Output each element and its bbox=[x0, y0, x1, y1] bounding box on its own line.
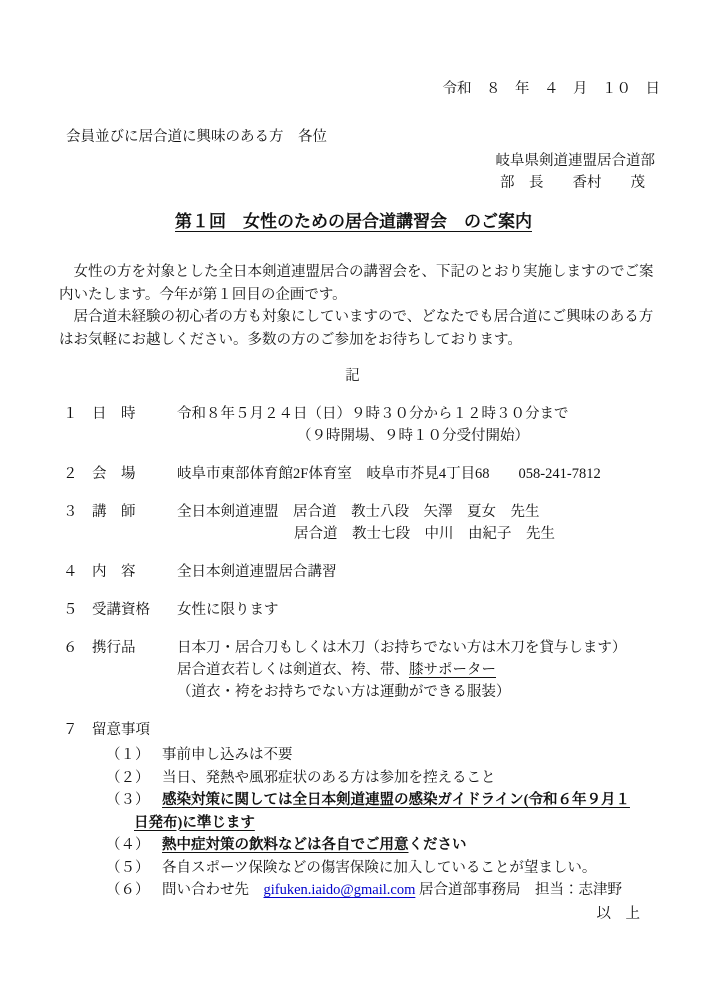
item-label: 内 容 bbox=[92, 561, 177, 583]
venue-line: 岐阜市東部体育館2F体育室 岐阜市芥見4丁目68 058-241-7812 bbox=[177, 463, 707, 485]
notes-list: （１） 事前申し込みは不要 （２） 当日、発熱や風邪症状のある方は参加を控えるこ… bbox=[63, 744, 707, 902]
item-number: ７ bbox=[63, 719, 92, 741]
contact-email-link[interactable]: gifuken.iaido@gmail.com bbox=[264, 882, 416, 898]
note-text: 熱中症対策の飲料などは各自でご用意ください bbox=[162, 834, 707, 857]
heatstroke-underlined: 熱中症対策の飲料などは各自でご用意 bbox=[162, 837, 409, 853]
note-marker: （１） bbox=[106, 744, 154, 767]
note-marker: （３） bbox=[106, 789, 154, 812]
note-marker: （４） bbox=[106, 834, 154, 857]
sender-block: 岐阜県剣道連盟居合道部 部 長 香村 茂 bbox=[0, 150, 707, 194]
intro-line: 内いたします。今年が第１回目の企画です。 bbox=[59, 284, 707, 307]
date-line: 令和 ８ 年 ４ 月 １０ 日 bbox=[0, 78, 707, 100]
item-label: 携行品 bbox=[92, 637, 177, 659]
item-content: 令和８年５月２４日（日）９時３０分から１２時３０分まで （９時開場、９時１０分受… bbox=[177, 403, 707, 447]
note-text: 感染対策に関しては全日本剣道連盟の感染ガイドライン(令和６年９月１ 日発布)に準… bbox=[162, 789, 707, 834]
item-label: 会 場 bbox=[92, 463, 177, 485]
ki-marker: 記 bbox=[0, 365, 707, 387]
instructor-line1: 全日本剣道連盟 居合道 教士八段 矢澤 夏女 先生 bbox=[177, 501, 707, 523]
note-marker: （６） bbox=[106, 879, 154, 902]
item-number: １ bbox=[63, 403, 92, 425]
item-venue: ２ 会 場 岐阜市東部体育館2F体育室 岐阜市芥見4丁目68 058-241-7… bbox=[0, 463, 707, 485]
intro-line: はお気軽にお越しください。多数の方のご参加をお待ちしております。 bbox=[59, 329, 707, 352]
page-title-text: 第１回 女性のための居合道講習会 のご案内 bbox=[175, 212, 532, 231]
intro-paragraphs: 女性の方を対象とした全日本剣道連盟居合の講習会を、下記のとおり実施しますのでご案… bbox=[0, 261, 707, 351]
belongings-line2: 居合道衣若しくは剣道衣、袴、帯、膝サポーター bbox=[177, 659, 707, 681]
item-eligibility: ５ 受講資格 女性に限ります bbox=[0, 599, 707, 621]
belongings-line1: 日本刀・居合刀もしくは木刀（お持ちでない方は木刀を貸与します） bbox=[177, 637, 707, 659]
note-row-contact: （６） 問い合わせ先 gifuken.iaido@gmail.com 居合道部事… bbox=[106, 879, 707, 902]
guideline-line2: 日発布)に準じます bbox=[134, 812, 707, 835]
belongings-knee-supporter: 膝サポーター bbox=[409, 662, 496, 678]
note-marker: （２） bbox=[106, 767, 154, 790]
item-number: ２ bbox=[63, 463, 92, 485]
guideline-line1: 感染対策に関しては全日本剣道連盟の感染ガイドライン(令和６年９月１ bbox=[162, 789, 707, 812]
note-row-infection-guideline: （３） 感染対策に関しては全日本剣道連盟の感染ガイドライン(令和６年９月１ 日発… bbox=[106, 789, 707, 834]
item-label: 講 師 bbox=[92, 501, 177, 523]
item-contents: ４ 内 容 全日本剣道連盟居合講習 bbox=[0, 561, 707, 583]
intro-line: 女性の方を対象とした全日本剣道連盟居合の講習会を、下記のとおり実施しますのでご案 bbox=[59, 261, 707, 284]
datetime-line2: （９時開場、９時１０分受付開始） bbox=[297, 425, 707, 447]
note-row: （５） 各自スポーツ保険などの傷害保険に加入していることが望ましい。 bbox=[106, 857, 707, 880]
item-label: 受講資格 bbox=[92, 599, 177, 621]
item-number: ３ bbox=[63, 501, 92, 523]
addressee-line: 会員並びに居合道に興味のある方 各位 bbox=[0, 126, 707, 148]
note-marker: （５） bbox=[106, 857, 154, 880]
item-number: ４ bbox=[63, 561, 92, 583]
belongings-line3: （道衣・袴をお持ちでない方は運動ができる服装） bbox=[177, 681, 707, 703]
contents-line: 全日本剣道連盟居合講習 bbox=[177, 561, 707, 583]
intro-line: 居合道未経験の初心者の方も対象にしていますので、どなたでも居合道にご興味のある方 bbox=[59, 306, 707, 329]
note-text: 各自スポーツ保険などの傷害保険に加入していることが望ましい。 bbox=[162, 857, 707, 880]
note-row-heatstroke: （４） 熱中症対策の飲料などは各自でご用意ください bbox=[106, 834, 707, 857]
instructor-line2: 居合道 教士七段 中川 由紀子 先生 bbox=[294, 523, 707, 545]
note-row: （２） 当日、発熱や風邪症状のある方は参加を控えること bbox=[106, 767, 707, 790]
item-number: ５ bbox=[63, 599, 92, 621]
note-text: 事前申し込みは不要 bbox=[162, 744, 707, 767]
item-datetime: １ 日 時 令和８年５月２４日（日）９時３０分から１２時３０分まで （９時開場、… bbox=[0, 403, 707, 447]
item-instructors: ３ 講 師 全日本剣道連盟 居合道 教士八段 矢澤 夏女 先生 居合道 教士七段… bbox=[0, 501, 707, 545]
item-number: ６ bbox=[63, 637, 92, 659]
item-label: 日 時 bbox=[92, 403, 177, 425]
sender-org: 岐阜県剣道連盟居合道部 bbox=[0, 150, 655, 172]
note-row: （１） 事前申し込みは不要 bbox=[106, 744, 707, 767]
document-page: 令和 ８ 年 ４ 月 １０ 日 会員並びに居合道に興味のある方 各位 岐阜県剣道… bbox=[0, 0, 707, 1000]
belongings-line2-pre: 居合道衣若しくは剣道衣、袴、帯、 bbox=[177, 662, 409, 678]
closing-line: 以 上 bbox=[0, 903, 707, 925]
note-text: 当日、発熱や風邪症状のある方は参加を控えること bbox=[162, 767, 707, 790]
datetime-line1: 令和８年５月２４日（日）９時３０分から１２時３０分まで bbox=[177, 403, 707, 425]
item-content: 全日本剣道連盟 居合道 教士八段 矢澤 夏女 先生 居合道 教士七段 中川 由紀… bbox=[177, 501, 707, 545]
sender-chief: 部 長 香村 茂 bbox=[0, 172, 655, 194]
eligibility-line: 女性に限ります bbox=[177, 599, 707, 621]
page-title: 第１回 女性のための居合道講習会 のご案内 bbox=[0, 208, 707, 236]
item-notes: ７ 留意事項 （１） 事前申し込みは不要 （２） 当日、発熱や風邪症状のある方は… bbox=[0, 719, 707, 902]
notes-heading: ７ 留意事項 bbox=[63, 719, 707, 741]
contact-post: 居合道部事務局 担当：志津野 bbox=[415, 882, 622, 898]
item-belongings: ６ 携行品 日本刀・居合刀もしくは木刀（お持ちでない方は木刀を貸与します） 居合… bbox=[0, 637, 707, 703]
item-content: 日本刀・居合刀もしくは木刀（お持ちでない方は木刀を貸与します） 居合道衣若しくは… bbox=[177, 637, 707, 703]
heatstroke-rest: ください bbox=[409, 837, 467, 853]
item-list: １ 日 時 令和８年５月２４日（日）９時３０分から１２時３０分まで （９時開場、… bbox=[0, 403, 707, 902]
item-label: 留意事項 bbox=[92, 719, 177, 741]
contact-pre: 問い合わせ先 bbox=[162, 882, 264, 898]
note-text: 問い合わせ先 gifuken.iaido@gmail.com 居合道部事務局 担… bbox=[162, 879, 707, 902]
